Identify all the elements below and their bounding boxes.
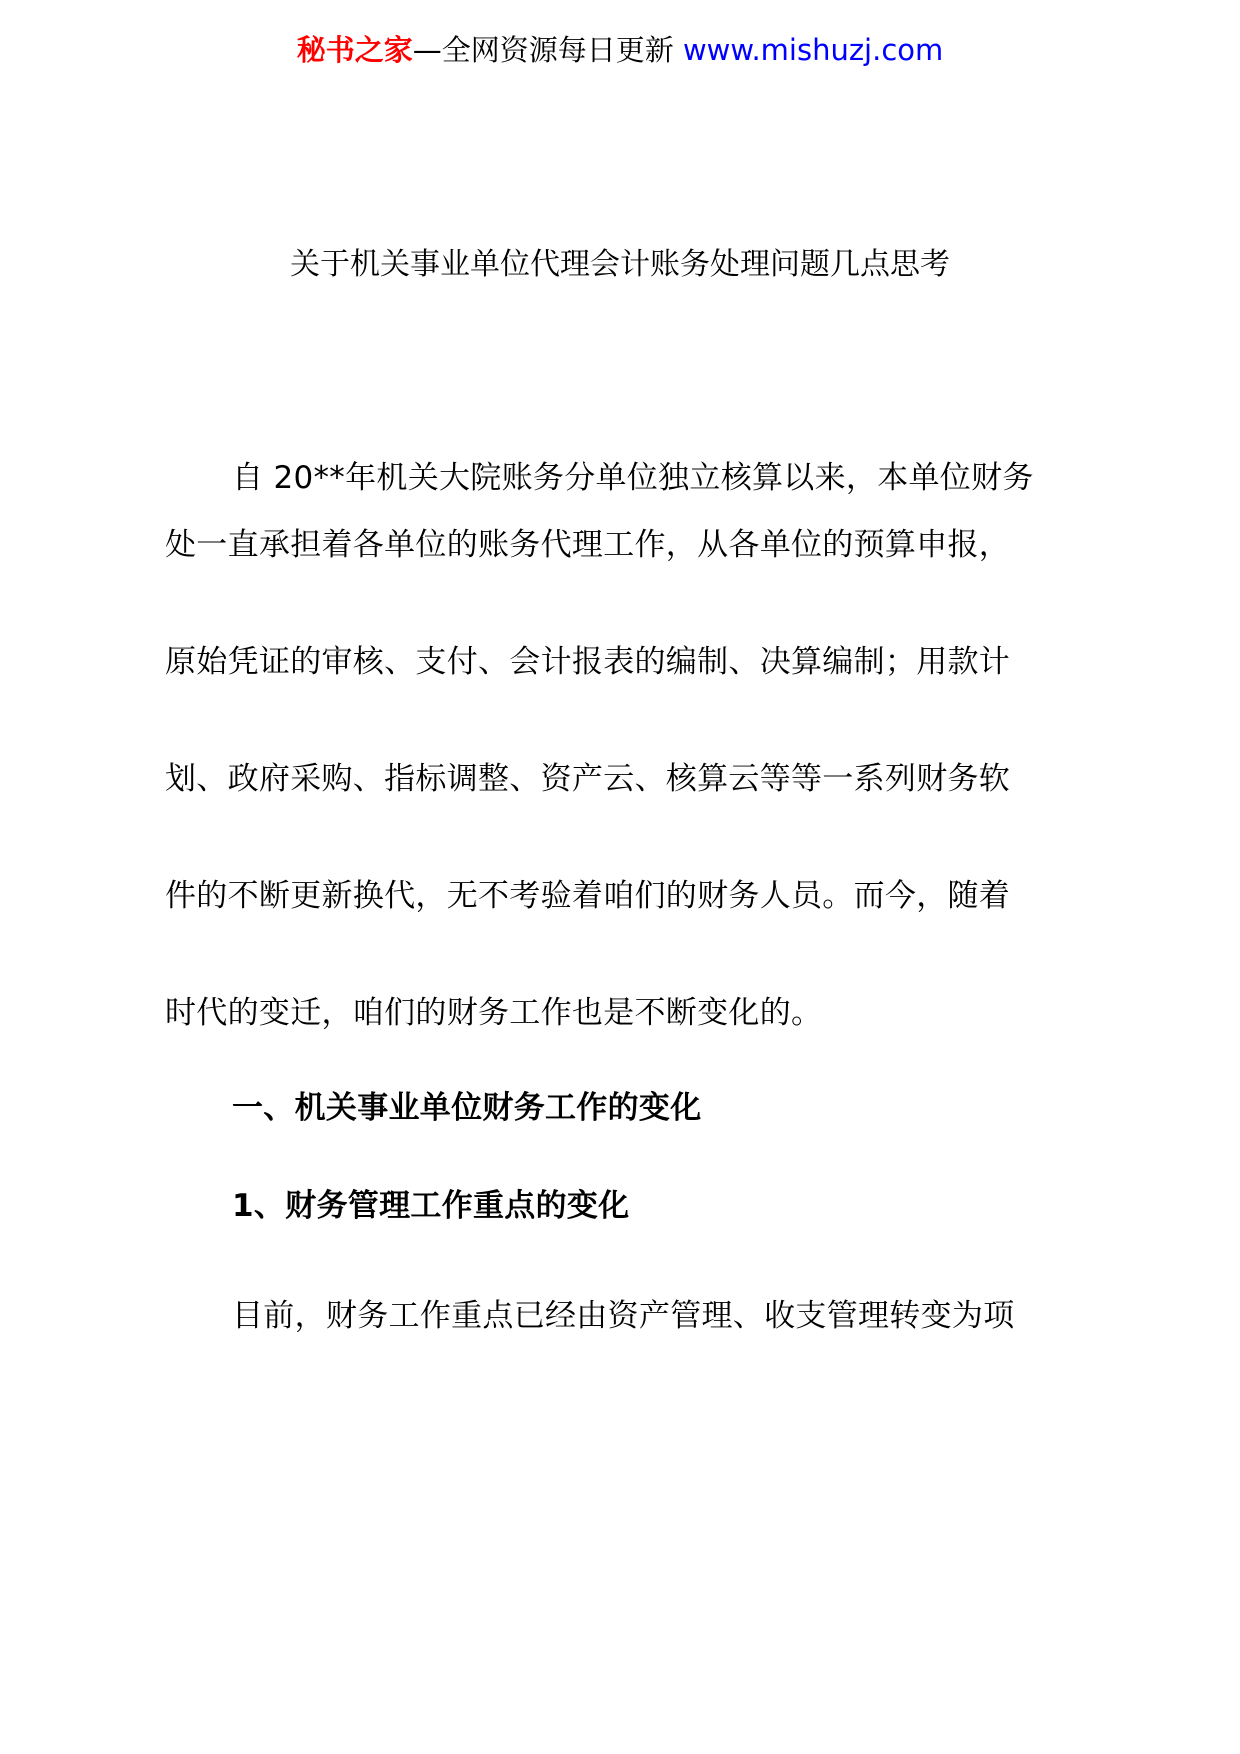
paragraph-line: 目前，财务工作重点已经由资产管理、收支管理转变为项 [232,1296,1015,1336]
paragraph-line: 时代的变迁，咱们的财务工作也是不断变化的。 [165,993,822,1033]
paragraph-line: 处一直承担着各单位的账务代理工作，从各单位的预算申报， [165,525,1010,565]
brand-name: 秘书之家 [297,33,413,67]
paragraph-line: 原始凭证的审核、支付、会计报表的编制、决算编制；用款计 [165,642,1010,682]
paragraph-line: 划、政府采购、指标调整、资产云、核算云等等一系列财务软 [165,759,1010,799]
header-tagline: —全网资源每日更新 [413,33,683,67]
subsection-heading: 1、财务管理工作重点的变化 [232,1186,629,1226]
paragraph-line: 自 20**年机关大院账务分单位独立核算以来，本单位财务 [232,458,1034,498]
document-title: 关于机关事业单位代理会计账务处理问题几点思考 [0,245,1240,285]
paragraph-line: 件的不断更新换代，无不考验着咱们的财务人员。而今，随着 [165,876,1010,916]
site-url-link[interactable]: www.mishuzj.com [683,33,943,67]
section-heading: 一、机关事业单位财务工作的变化 [232,1088,702,1128]
site-header: 秘书之家—全网资源每日更新 www.mishuzj.com [0,30,1240,70]
